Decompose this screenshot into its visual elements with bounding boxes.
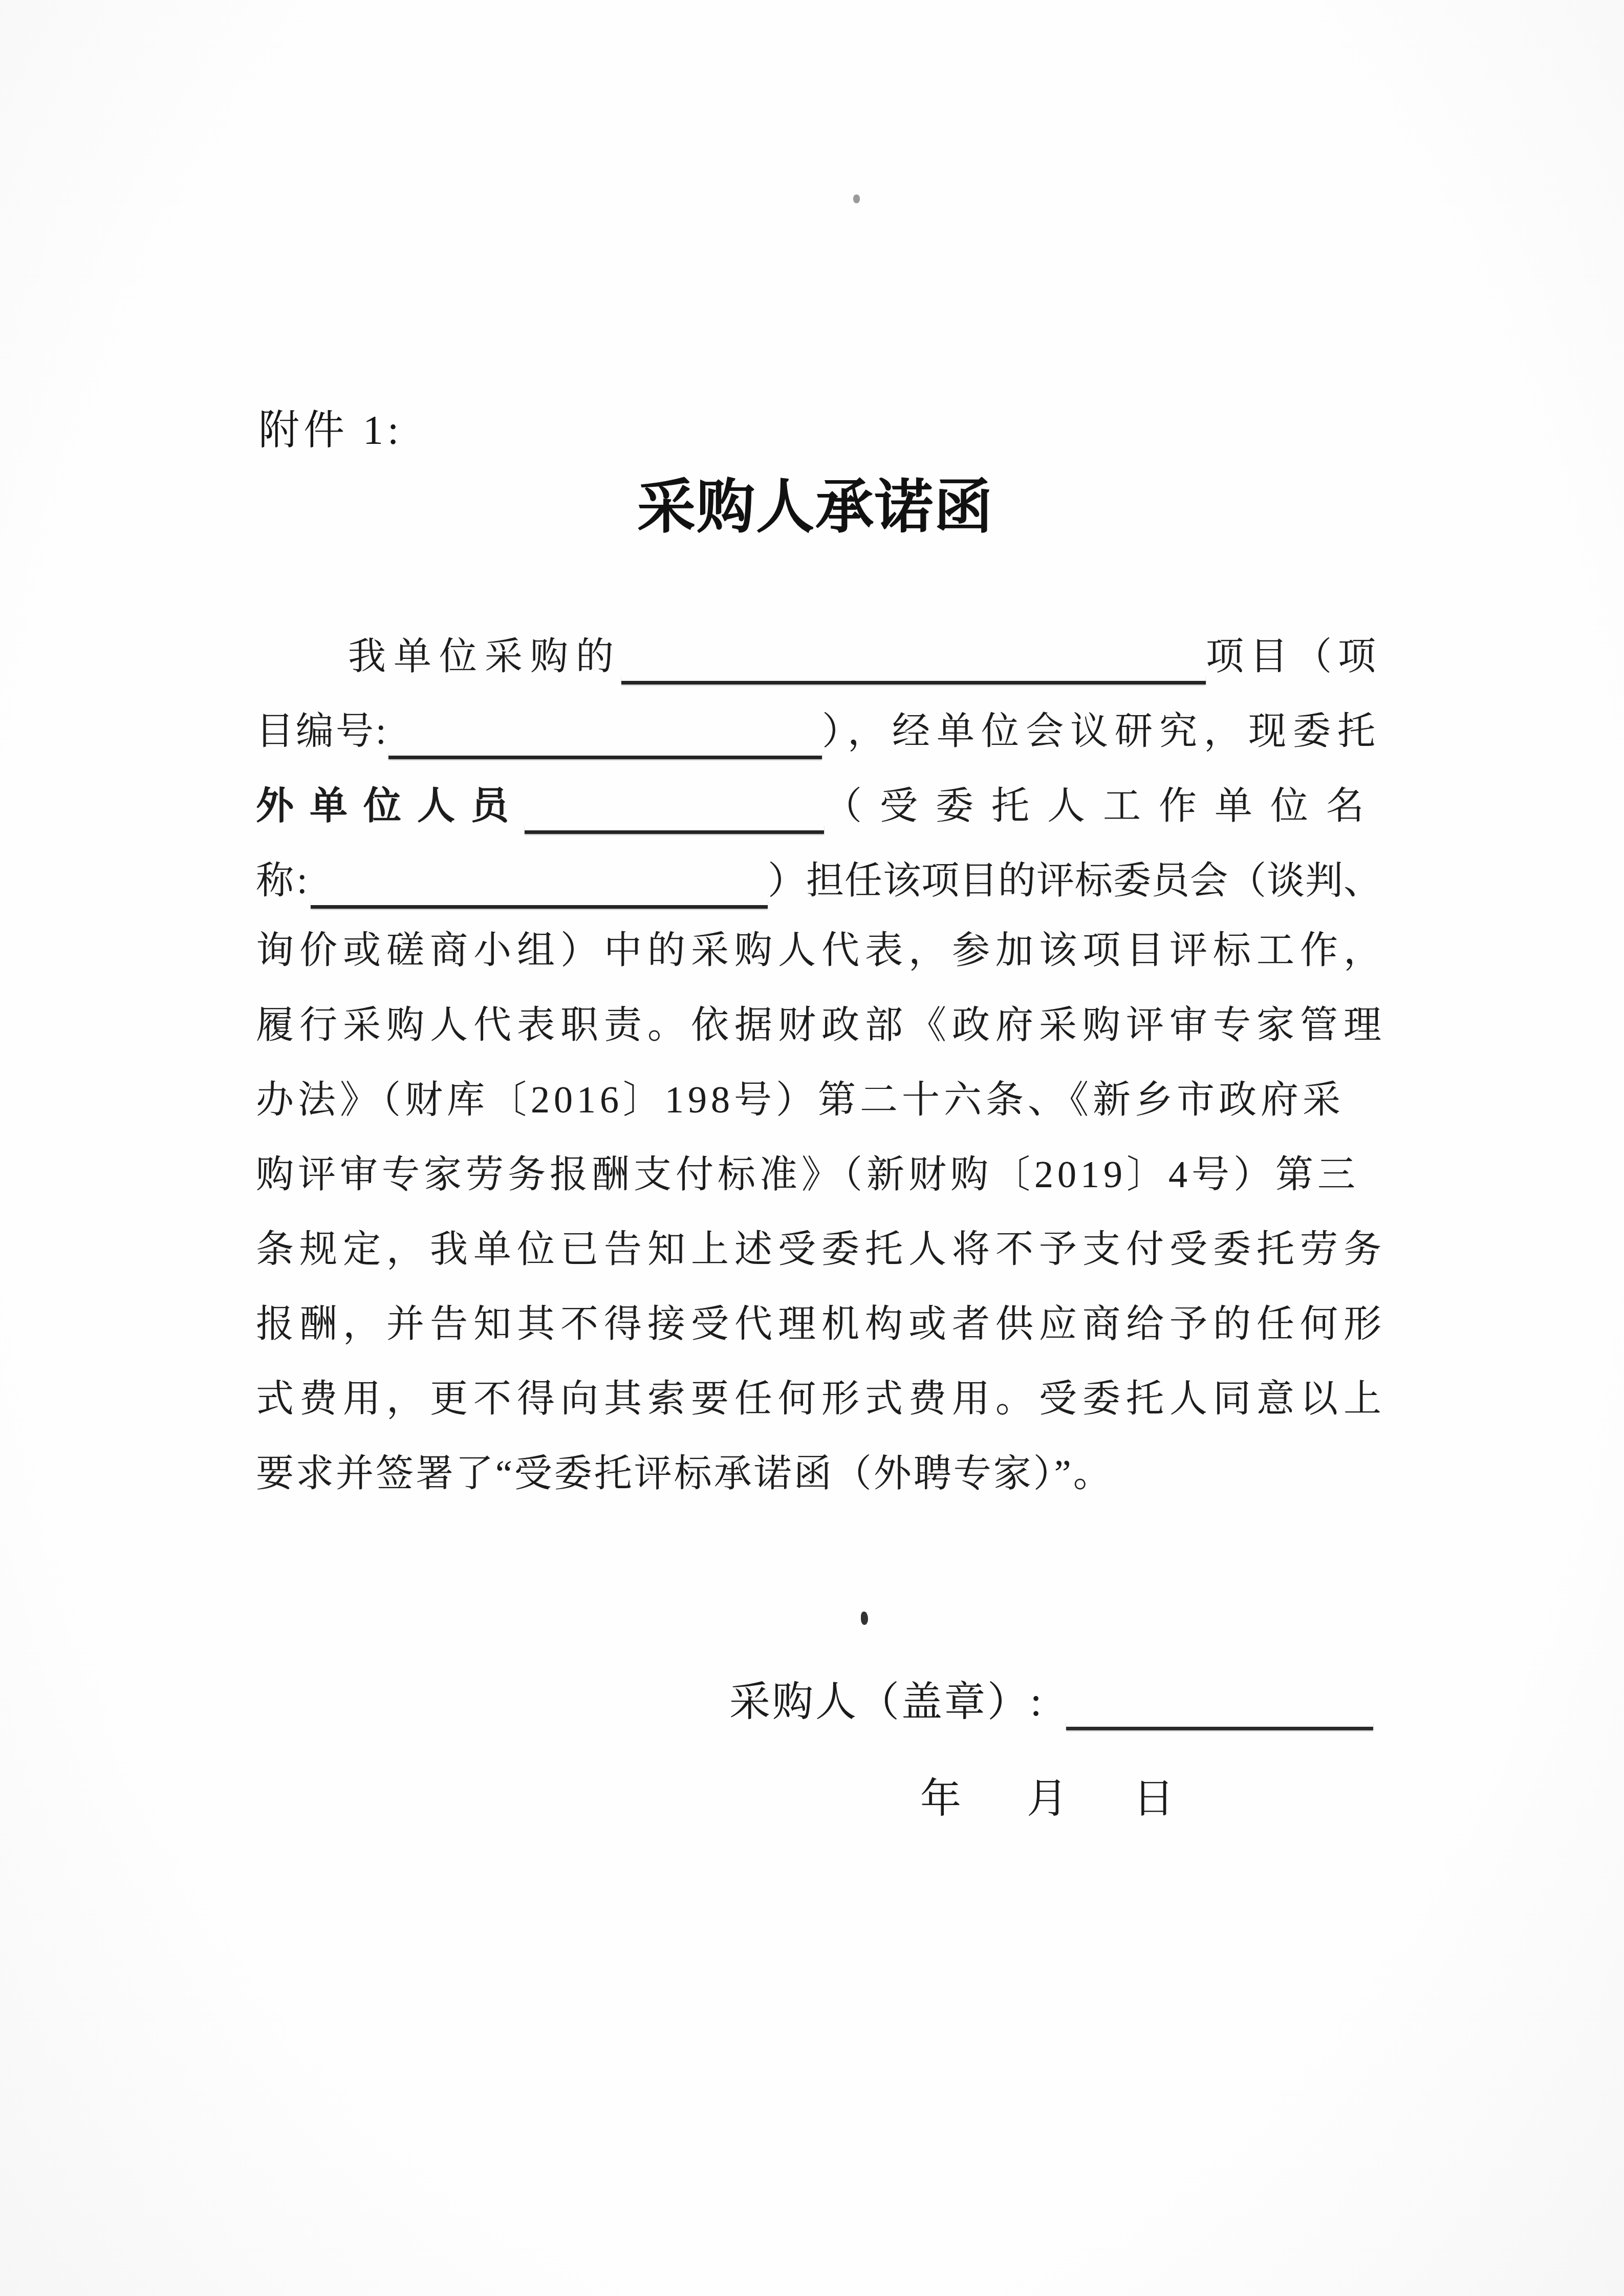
form-line-delegate: 外单位人员 （受委托人工作单位名 <box>256 770 1382 845</box>
body-text-line: 要求并签署了“受委托评标承诺函（外聘专家）”。 <box>256 1443 1382 1518</box>
date-day-label: 日 <box>1133 1765 1174 1824</box>
date-month-label: 月 <box>1027 1765 1068 1824</box>
date-year-label: 年 <box>920 1765 961 1824</box>
line-text: ）担任该项目的评标委员会（谈判、 <box>768 850 1382 905</box>
document-title: 采购人承诺函 <box>637 460 993 544</box>
body-text-line: 办法》（财库〔2016〕198号）第二十六条、《新乡市政府采 <box>256 1069 1382 1144</box>
scanned-document-page: 附件 1: 采购人承诺函 我单位采购的 项目（项 目编号: ），经单位会议研究，… <box>0 0 1624 2296</box>
body-text-line: 询价或磋商小组）中的采购人代表，参加该项目评标工作， <box>256 920 1382 995</box>
scan-speck <box>853 195 860 203</box>
attachment-label: 附件 1: <box>258 397 403 456</box>
body-text-line: 报酬，并告知其不得接受代理机构或者供应商给予的任何形 <box>256 1294 1382 1368</box>
line-text-bold: 外单位人员 <box>256 776 525 830</box>
blank-purchaser-seal-field <box>1066 1722 1373 1730</box>
line-text: 称: <box>256 850 311 905</box>
blank-project-name-field <box>621 676 1206 684</box>
purchaser-seal-label: 采购人（盖章）: <box>729 1668 1044 1727</box>
body-text-line: 条规定，我单位已告知上述受委托人将不予支付受委托劳务 <box>256 1219 1382 1294</box>
blank-unit-name-field <box>311 900 768 909</box>
form-line-unit-name: 称: ）担任该项目的评标委员会（谈判、 <box>256 845 1382 920</box>
blank-delegate-name-field <box>525 825 824 834</box>
line-text: （受委托人工作单位名 <box>824 776 1382 830</box>
purchaser-seal-line: 采购人（盖章）: <box>729 1673 1373 1734</box>
scan-speck <box>861 1612 868 1625</box>
date-line: 年 月 日 <box>920 1765 1174 1824</box>
line-text: 项目（项 <box>1206 626 1382 680</box>
body-paragraph: 我单位采购的 项目（项 目编号: ），经单位会议研究，现委托 外单位人员 （受委… <box>256 621 1382 1518</box>
blank-project-number-field <box>388 750 822 759</box>
body-text-line: 履行采购人代表职责。依据财政部《政府采购评审专家管理 <box>256 995 1382 1069</box>
body-text-line: 式费用，更不得向其索要任何形式费用。受委托人同意以上 <box>256 1368 1382 1443</box>
form-line-project: 我单位采购的 项目（项 <box>256 621 1382 696</box>
form-line-project-number: 目编号: ），经单位会议研究，现委托 <box>256 696 1382 770</box>
line-text: ），经单位会议研究，现委托 <box>822 701 1382 755</box>
body-text-line: 购评审专家劳务报酬支付标准》（新财购〔2019〕4号）第三 <box>256 1144 1382 1219</box>
line-text: 我单位采购的 <box>348 626 621 680</box>
line-text: 目编号: <box>256 701 388 755</box>
